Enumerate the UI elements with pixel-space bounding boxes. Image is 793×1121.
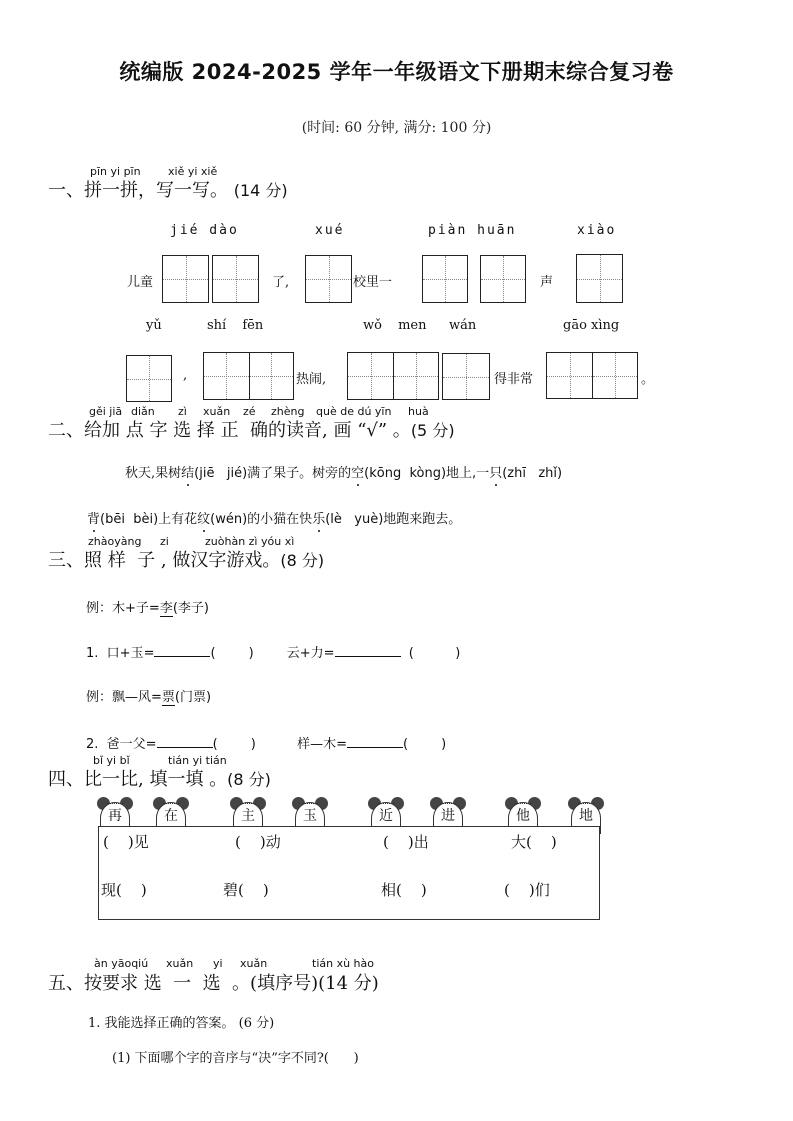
text-er-tong: 儿童	[127, 271, 153, 290]
section5-heading: 五、按要求 选 一 选 。(填序号)(14 分)	[48, 969, 379, 995]
options-bei[interactable]: (bēi bèi)上有花	[100, 512, 197, 527]
dotted-char-jie: 结	[181, 462, 194, 481]
section-number: 二、	[48, 420, 84, 441]
panda-tag: 近	[368, 797, 404, 827]
text-sheng: 声	[540, 271, 553, 290]
question-1b: 云+力=	[287, 646, 335, 661]
panda-tag: 他	[505, 797, 541, 827]
dotted-char-bei: 背	[87, 508, 100, 527]
fill-in-box: ( )见 ( )动 ( )出 大( ) 现( ) 碧( ) 相( ) ( )们	[98, 826, 600, 920]
exam-info: (时间: 60 分钟, 满分: 100 分)	[0, 117, 793, 137]
section-title: 比一比, 填一填 。	[84, 769, 227, 790]
answer-blank[interactable]	[154, 644, 210, 657]
pinyin-xiao: xiào	[577, 223, 616, 238]
pinyin-wo-men: wǒ men	[363, 318, 426, 333]
panda-tag: 主	[230, 797, 266, 827]
writing-box[interactable]	[442, 353, 490, 400]
question-number: 2.	[86, 737, 98, 752]
fill-item[interactable]: ( )见	[103, 831, 149, 852]
fill-item[interactable]: ( )们	[504, 879, 550, 900]
section3-heading: 三、照 样 子 , 做汉字游戏。(8 分)	[48, 546, 324, 572]
section2-line2: 背(bēi bèi)上有花纹(wén)的小猫在快乐(lè yuè)地跑来跑去。	[87, 508, 461, 527]
writing-box[interactable]	[480, 255, 526, 303]
text-period: 。	[641, 368, 654, 387]
answer-blank[interactable]	[157, 735, 213, 748]
section-number: 四、	[48, 769, 84, 790]
section2-heading: 二、给加 点 字 选 择 正 确的读音, 画 “√” 。(5 分)	[48, 416, 455, 442]
answer-paren[interactable]: ( )	[409, 646, 460, 661]
panda-tag: 进	[430, 797, 466, 827]
answer-blank[interactable]	[335, 644, 401, 657]
writing-box[interactable]	[305, 255, 352, 303]
section2-line1: 秋天,果树结(jiē jié)满了果子。树旁的空(kōng kòng)地上,一只…	[125, 462, 562, 481]
question-1: 1. 口+玉=( ) 云+力= ( )	[86, 642, 460, 661]
question-2a: 爸一父=	[107, 737, 157, 752]
dotted-char-zhi: 只	[489, 462, 502, 481]
section-title: 拼一拼，写一写。	[84, 180, 228, 201]
section-title: 给加 点 字 选 择 正 确的读音, 画 “√” 。	[84, 420, 411, 441]
fill-item[interactable]: 现( )	[101, 879, 147, 900]
pinyin-gao-xing: gāo xìng	[563, 318, 619, 333]
example-prefix: 例：飘—风=	[86, 690, 162, 705]
options-wen[interactable]: (wén)的小猫在快	[210, 512, 312, 527]
answer-blank[interactable]	[347, 735, 403, 748]
writing-box[interactable]	[422, 255, 468, 303]
writing-box[interactable]	[162, 255, 209, 303]
fill-item[interactable]: 碧( )	[223, 879, 269, 900]
pinyin-pian-huan: piàn huān	[428, 223, 516, 238]
text-comma: ,	[183, 368, 187, 383]
dotted-char-wen: 纹	[197, 508, 210, 527]
example-2: 例：飘—风=票(门票)	[86, 686, 211, 706]
section-number: 一、	[48, 180, 84, 201]
pinyin-wan: wán	[449, 318, 476, 333]
text-xiao-li-yi: 校里一	[353, 271, 392, 290]
example-1: 例：木+子=李(李子)	[86, 597, 209, 617]
pinyin-shi-fen: shí fēn	[207, 318, 263, 333]
writing-box-double[interactable]	[546, 352, 638, 399]
example-answer: 李	[160, 597, 173, 617]
text: 秋天,果树	[125, 466, 181, 481]
question-number: 1.	[86, 646, 98, 661]
dotted-char-le: 乐	[312, 508, 325, 527]
panda-tag: 在	[153, 797, 189, 827]
writing-box[interactable]	[212, 255, 259, 303]
options-jie[interactable]: (jiē jié)满了果子。树旁的	[194, 466, 351, 481]
options-le[interactable]: (lè yuè)地跑来跑去。	[325, 512, 461, 527]
section-title: 照 样 子 , 做汉字游戏。	[84, 550, 280, 571]
dotted-char-kong: 空	[351, 462, 364, 481]
pinyin-yu: yǔ	[146, 318, 162, 333]
section-points: (8 分)	[280, 551, 324, 570]
section-points: (14 分)	[318, 973, 379, 994]
writing-box-double[interactable]	[203, 352, 294, 400]
section-number: 五、	[48, 973, 84, 994]
section-points: (5 分)	[411, 421, 455, 440]
writing-box[interactable]	[126, 355, 172, 402]
pinyin-jie-dao: jié dào	[170, 223, 239, 238]
section-points: (14 分)	[234, 181, 288, 200]
section4-heading: 四、比一比, 填一填 。(8 分)	[48, 765, 271, 791]
fill-item[interactable]: ( )出	[383, 831, 429, 852]
fill-item[interactable]: ( )动	[235, 831, 281, 852]
page-title: 统编版 2024-2025 学年一年级语文下册期末综合复习卷	[0, 56, 793, 86]
answer-paren[interactable]: ( )	[210, 646, 253, 661]
section-title: 按要求 选 一 选 。(填序号)	[84, 973, 318, 994]
options-zhi[interactable]: (zhī zhǐ)	[502, 466, 562, 481]
panda-tag: 玉	[292, 797, 328, 827]
fill-item[interactable]: 相( )	[381, 879, 427, 900]
writing-box[interactable]	[576, 254, 623, 303]
section-points: (8 分)	[227, 770, 271, 789]
answer-paren[interactable]: ( )	[403, 737, 446, 752]
text-de-fei-chang: 得非常	[494, 368, 533, 387]
panda-tag: 地	[568, 797, 604, 827]
example-suffix: (门票)	[175, 690, 211, 705]
question-1-1[interactable]: (1) 下面哪个字的音序与“决”字不同?( )	[112, 1047, 359, 1066]
question-2: 2. 爸一父=( ) 样—木=( )	[86, 733, 446, 752]
section-number: 三、	[48, 550, 84, 571]
answer-paren[interactable]: ( )	[213, 737, 256, 752]
example-prefix: 例：木+子=	[86, 601, 160, 616]
writing-box-double[interactable]	[347, 352, 439, 400]
fill-item[interactable]: 大( )	[511, 831, 557, 852]
question-1a: 口+玉=	[107, 646, 155, 661]
text-re-nao: 热闹,	[296, 368, 326, 387]
panda-tag: 再	[97, 797, 133, 827]
options-kong[interactable]: (kōng kòng)地上,一	[364, 466, 489, 481]
pinyin-xue: xué	[315, 223, 344, 238]
example-answer: 票	[162, 686, 175, 706]
subquestion-1: 1. 我能选择正确的答案。 (6 分)	[88, 1012, 274, 1031]
section1-heading: 一、拼一拼，写一写。 (14 分)	[48, 176, 288, 202]
text-le: 了,	[272, 271, 289, 290]
question-2b: 样—木=	[297, 737, 347, 752]
example-suffix: (李子)	[173, 601, 209, 616]
